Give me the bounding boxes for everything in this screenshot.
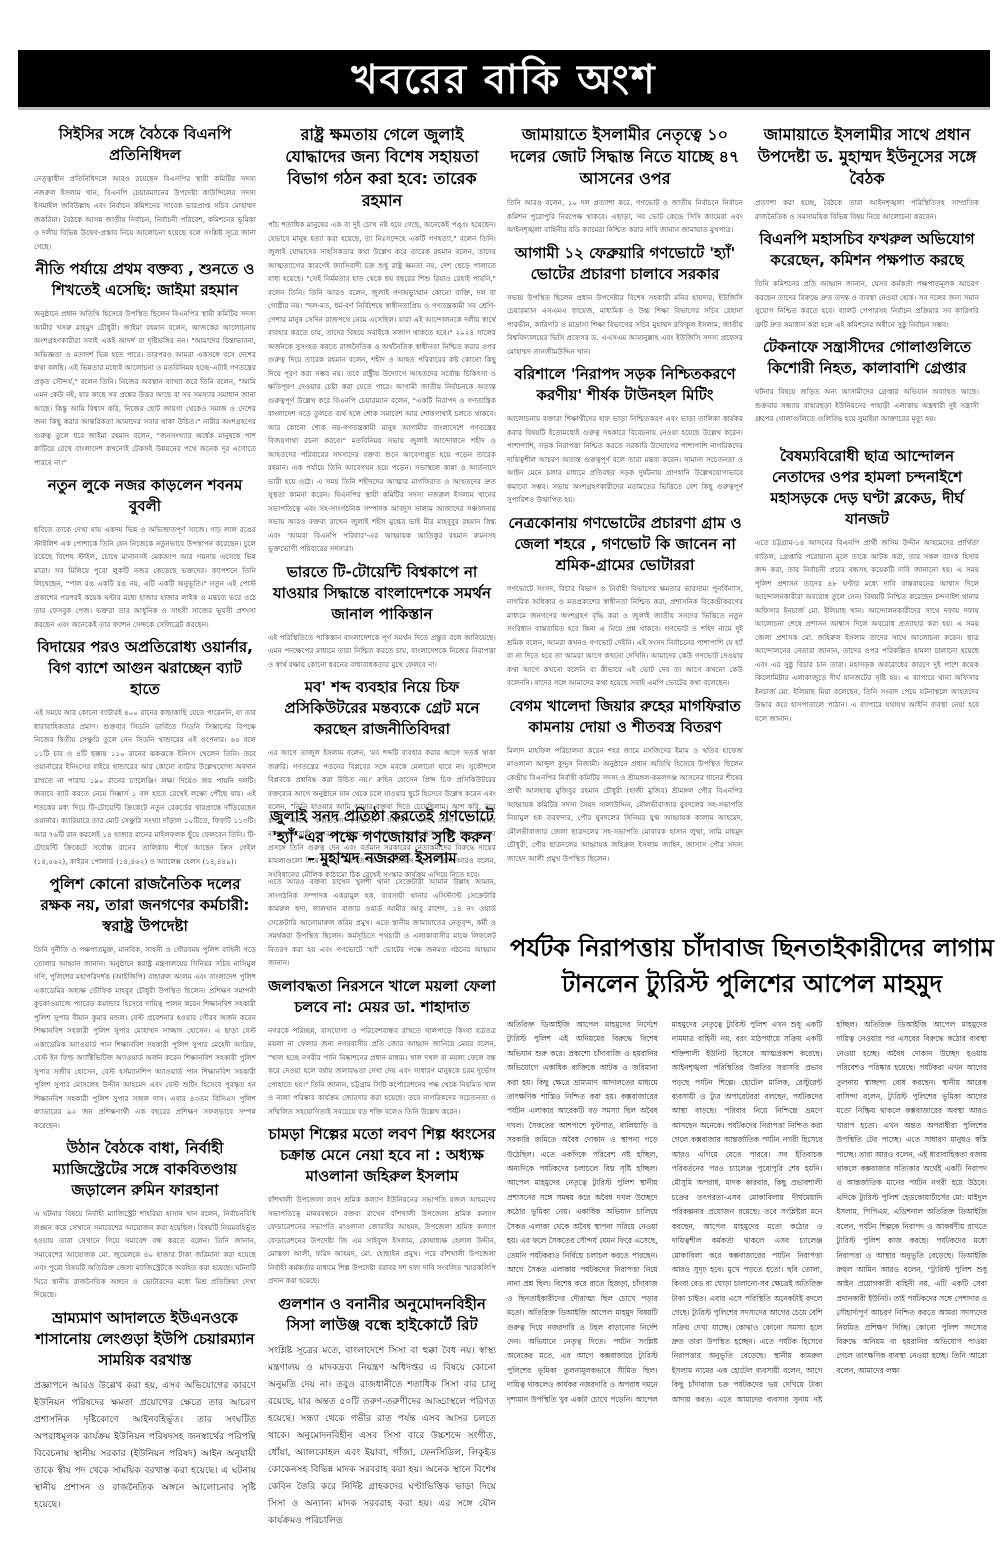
page-banner-title: খবরের বাকি অংশ (18, 50, 990, 110)
story-pakistan-t20: ভারতে টি-টোয়েন্টি বিশ্বকাপে না যাওয়ার … (268, 562, 496, 672)
story-body: তিনি কমিশনের প্রতি আহ্বান জানান, যেসব কর… (755, 277, 979, 331)
headline: জলাবদ্ধতা নিরসনে খালে ময়লা ফেলা চলবে না… (268, 976, 496, 1018)
story-body: সংশ্লিষ্ট সূত্রের মতে, বাংলাদেশে সিসা বা… (268, 1342, 496, 1529)
headline: বিদায়ের পরও অপ্রতিরোধ্য ওয়ার্নার, বিগ … (34, 637, 256, 700)
story-body: ছবিতে তাকে দেখা যায় একদম ভিন্ন ও অভিজাত… (34, 523, 256, 631)
headline: জুলাই সনদ প্রতিষ্ঠা করতেই গণভোটে 'হ্যাঁ'… (268, 806, 496, 869)
story-zaima-rahman: নীতি পর্যায়ে প্রথম বক্তব্য , শুনতে ও শি… (34, 259, 256, 469)
headline: জামায়াতে ইসলামীর নেতৃত্বে ১০ দলের জোট স… (507, 124, 743, 190)
story-body: তিনি দুর্নীতি ও পক্ষপাতমুক্ত, মানবিক, সা… (34, 943, 256, 1132)
headline: সিইসির সঙ্গে বৈঠকে বিএনপি প্রতিনিধিদল (34, 124, 256, 166)
headline: চামড়া শিল্পের মতো লবণ শিল্প ধ্বংসের চক্… (268, 1124, 496, 1187)
story-body: বাঁশখালী উপজেলা লবণ শ্রমিক কল্যাণ ইউনিয়… (268, 1193, 496, 1288)
story-body: মিলাদ মাহফিল পরিচালনা করেন শহর জামে মসজি… (507, 744, 743, 866)
story-netrokona-referendum: নেত্রকোনায় গণভোটের প্রচারণা গ্রাম ও জেল… (507, 513, 743, 690)
column-2: রাষ্ট্র ক্ষমতায় গেলে জুলাই যোদ্ধাদের জন… (268, 118, 496, 918)
story-body: এই সময়ে আর কোনো ব্যাটারই ৪০০ রানের কাছা… (34, 706, 256, 868)
column-2-lower: জুলাই সনদ প্রতিষ্ঠা করতেই গণভোটে 'হ্যাঁ'… (268, 800, 496, 1560)
story-tarique-july: রাষ্ট্র ক্ষমতায় গেলে জুলাই যোদ্ধাদের জন… (268, 124, 496, 556)
headline: ভ্রাম্যমাণ আদালতে ইউএনওকে শাসানোয় লেংগু… (34, 1308, 256, 1371)
story-lengura-chairman: ভ্রাম্যমাণ আদালতে ইউএনওকে শাসানোয় লেংগু… (34, 1308, 256, 1513)
story-body: ঘটনার বিষয়ে জড়িত অন্য আসামীদের গ্রেপ্ত… (755, 385, 979, 426)
story-police-adviser: পুলিশ কোনো রাজনৈতিক দলের রক্ষক নয়, তারা… (34, 874, 256, 1132)
story-jamaat-yunus-meeting: জামায়াতে ইসলামীর সাথে প্রধান উপদেষ্টা ড… (755, 124, 979, 223)
headline: টেকনাফে সন্ত্রাসীদের গোলাগুলিতে কিশোরী ন… (755, 337, 979, 379)
story-referendum-campaign: আগামী ১২ ফেব্রুয়ারি গণভোটে 'হ্যাঁ' ভোটে… (507, 243, 743, 359)
headline: উঠান বৈঠকে বাধা, নির্বাহী ম্যাজিস্ট্রেটে… (34, 1138, 256, 1201)
headline: জামায়াতে ইসলামীর সাথে প্রধান উপদেষ্টা ড… (755, 124, 979, 190)
feature-body-columns: অতিরিক্ত ডিআইজি আপেল মাহমুদের নির্দেশে ট… (507, 1018, 987, 1538)
column-1: সিইসির সঙ্গে বৈঠকে বিএনপি প্রতিনিধিদল নে… (34, 118, 256, 1558)
headline: নীতি পর্যায়ে প্রথম বক্তব্য , শুনতে ও শি… (34, 259, 256, 301)
story-body: এ ঘটনার বিষয়ে নির্বাহী ম্যাজিস্ট্রেট শা… (34, 1207, 256, 1302)
story-body: তিনি আরও বলেন, ১০ দল প্রত্যাশা করে, গণভো… (507, 196, 743, 237)
headline: ভারতে টি-টোয়েন্টি বিশ্বকাপে না যাওয়ার … (268, 562, 496, 625)
headline: বিএনপি মহাসচিব ফখরুল অভিযোগ করেছেন, কমিশ… (755, 229, 979, 271)
story-salt-industry: চামড়া শিল্পের মতো লবণ শিল্প ধ্বংসের চক্… (268, 1124, 496, 1288)
story-body: গণভোটে সংসদ, বিচার বিভাগ ও নির্বাহী বিভা… (507, 582, 743, 690)
story-body: অনুষ্ঠানে প্রধান অতিথি হিসেবে উপস্থিত ছি… (34, 307, 256, 469)
story-fakhrul-commission: বিএনপি মহাসচিব ফখরুল অভিযোগ করেছেন, কমিশ… (755, 229, 979, 331)
story-body: প্রত্যাশা করা হচ্ছে, বৈঠকে তারা আইনশৃঙ্খ… (755, 196, 979, 223)
story-rumin-farhana: উঠান বৈঠকে বাধা, নির্বাহী ম্যাজিস্ট্রেটে… (34, 1138, 256, 1302)
story-khaleda-zia-doa: বেগম খালেদা জিয়ার রুহের মাগফিরাত কামনায… (507, 696, 743, 866)
story-sisa-lounge: গুলশান ও বনানীর অনুমোদনবিহীন সিসা লাউঞ্জ… (268, 1294, 496, 1529)
story-teknaf-shooting: টেকনাফে সন্ত্রাসীদের গোলাগুলিতে কিশোরী ন… (755, 337, 979, 426)
headline: আগামী ১২ ফেব্রুয়ারি গণভোটে 'হ্যাঁ' ভোটে… (507, 243, 743, 285)
story-waterlogging-mayor: জলাবদ্ধতা নিরসনে খালে ময়লা ফেলা চলবে না… (268, 976, 496, 1119)
headline: নেত্রকোনায় গণভোটের প্রচারণা গ্রাম ও জেল… (507, 513, 743, 576)
story-july-charter-referendum: জুলাই সনদ প্রতিষ্ঠা করতেই গণভোটে 'হ্যাঁ'… (268, 806, 496, 970)
headline: মব' শব্দ ব্যবহার নিয়ে চিফ প্রসিকিউটরের … (268, 677, 496, 740)
headline: রাষ্ট্র ক্ষমতায় গেলে জুলাই যোদ্ধাদের জন… (268, 124, 496, 212)
column-3: জামায়াতে ইসলামীর নেতৃত্বে ১০ দলের জোট স… (507, 118, 743, 918)
column-4-lower: বৈষম্যবিরোধী ছাত্র আন্দোলন নেতাদের ওপর হ… (755, 440, 979, 930)
story-warner: বিদায়ের পরও অপ্রতিরোধ্য ওয়ার্নার, বিগ … (34, 637, 256, 868)
feature-body: অতিরিক্ত ডিআইজি আপেল মাহমুদের নির্দেশে ট… (507, 1018, 987, 1407)
story-body: এতে চট্টগ্রাম-১৪ আসনের বিএনপি প্রার্থী জ… (755, 536, 979, 725)
headline: বেগম খালেদা জিয়ার রুহের মাগফিরাত কামনায… (507, 696, 743, 738)
headline: বৈষম্যবিরোধী ছাত্র আন্দোলন নেতাদের ওপর হ… (755, 446, 979, 530)
story-body: পাঁচ শতাধিক মানুষের এক বা দুই চোখ নষ্ট হ… (268, 218, 496, 556)
story-jamaat-alliance: জামায়াতে ইসলামীর নেতৃত্বে ১০ দলের জোট স… (507, 124, 743, 237)
story-chandanaish-blockade: বৈষম্যবিরোধী ছাত্র আন্দোলন নেতাদের ওপর হ… (755, 446, 979, 725)
story-body: নগরকে পরিচ্ছন্ন, বাসযোগ্য ও পরিবেশবান্ধব… (268, 1024, 496, 1119)
story-bubly: নতুন লুকে নজর কাড়লেন শবনম বুবলী ছবিতে ত… (34, 475, 256, 631)
headline: গুলশান ও বনানীর অনুমোদনবিহীন সিসা লাউঞ্জ… (268, 1294, 496, 1336)
headline: বরিশালে 'নিরাপদ সড়ক নিশ্চিতকরণে করণীয়'… (507, 364, 743, 406)
story-body: প্রজ্ঞাপনে আরও উল্লেখ করা হয়, এসব অভিযো… (34, 1377, 256, 1513)
story-body: আলোচনায় বক্তারা শিক্ষার্থীদের হাফ ভাড়া… (507, 412, 743, 507)
story-cec-bnp: সিইসির সঙ্গে বৈঠকে বিএনপি প্রতিনিধিদল নে… (34, 124, 256, 253)
story-body: এই পরিস্থিতিতে পাকিস্তান বাংলাদেশকে পূর্… (268, 631, 496, 672)
story-body: এতে আরও বক্তব্য রাখেন খুলশী থানা সেক্রেট… (268, 875, 496, 970)
story-barishal-townhall: বরিশালে 'নিরাপদ সড়ক নিশ্চিতকরণে করণীয়'… (507, 364, 743, 507)
headline: নতুন লুকে নজর কাড়লেন শবনম বুবলী (34, 475, 256, 517)
story-body: সভায় উপস্থিত ছিলেন প্রধান উপদেষ্টার বিশ… (507, 291, 743, 359)
feature-headline: পর্যটক নিরাপত্তায় চাঁদাবাজ ছিনতাইকারীদে… (507, 930, 997, 1002)
headline: পুলিশ কোনো রাজনৈতিক দলের রক্ষক নয়, তারা… (34, 874, 256, 937)
story-body: নেতৃত্বাধীন প্রতিনিধিদলে আরও রয়েছেন বিএ… (34, 172, 256, 253)
